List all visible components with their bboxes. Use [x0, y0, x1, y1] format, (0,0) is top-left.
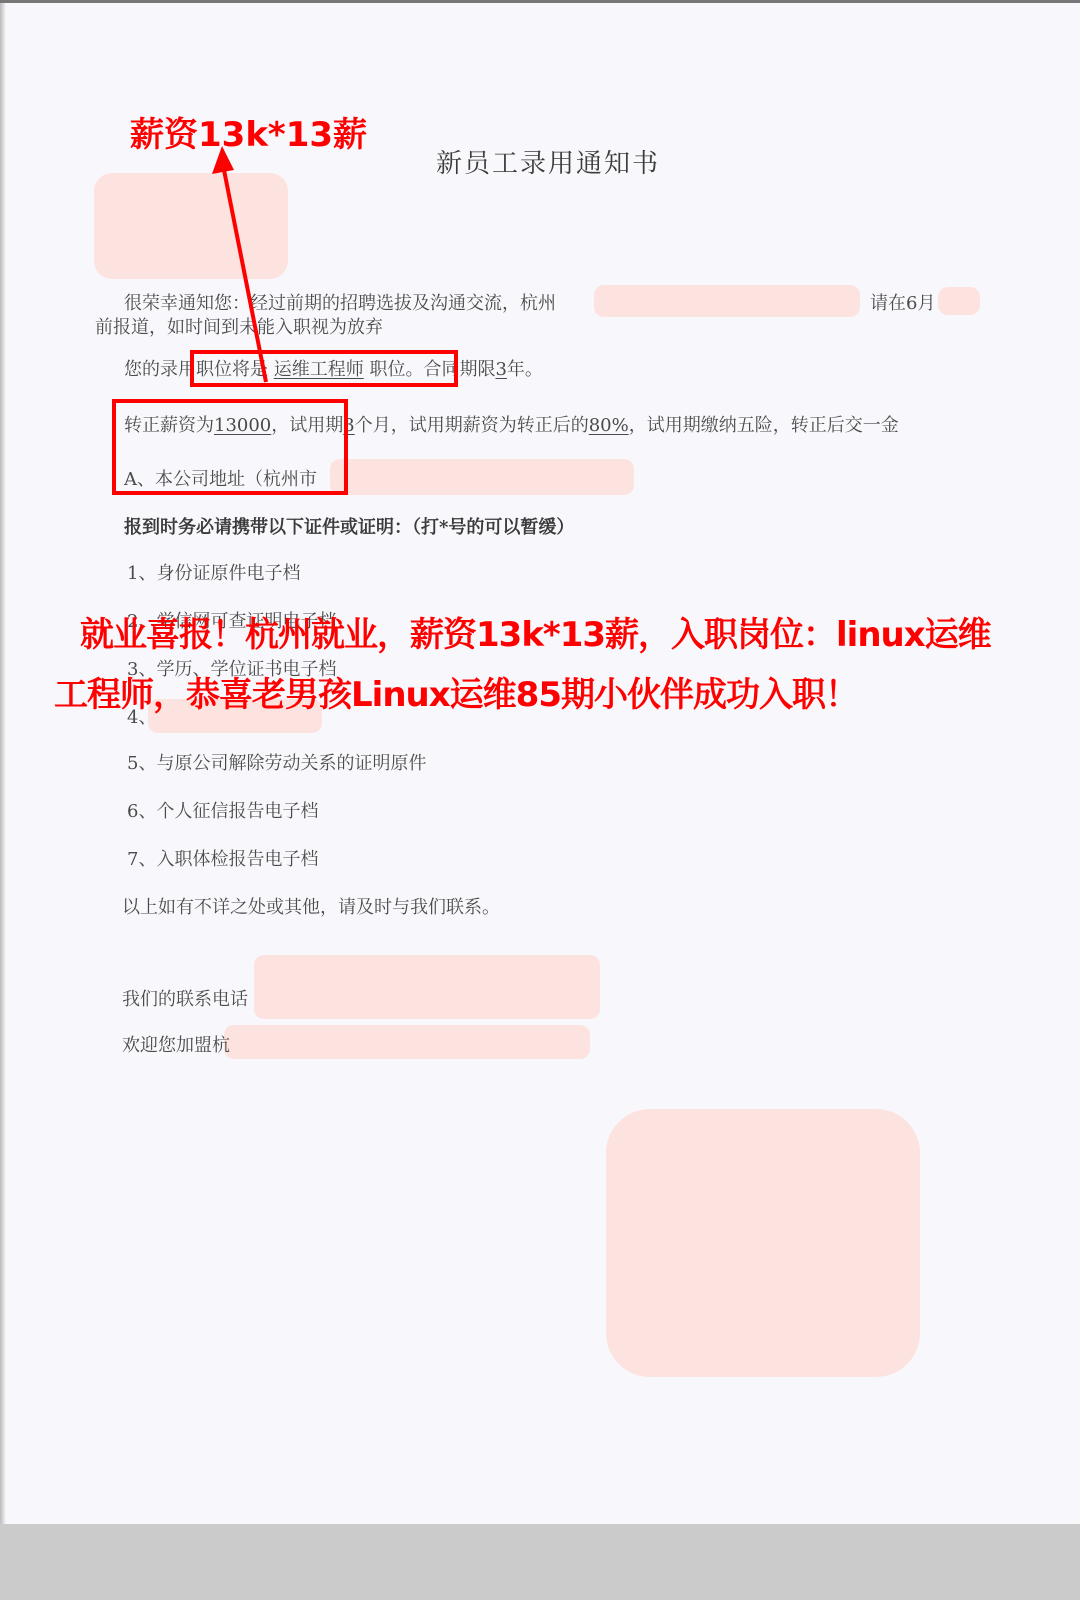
required-item-6: 6、个人征信报告电子档 [127, 797, 318, 823]
background-margin [0, 1524, 1080, 1600]
greeting-line-1: 很荣幸通知您：经过前期的招聘选拔及沟通交流，杭州 [124, 289, 556, 315]
redacted-company-seal [606, 1109, 920, 1377]
redacted-address [330, 459, 634, 495]
headline-line-1: 就业喜报！杭州就业，薪资13k*13薪，入职岗位：linux运维 [80, 607, 991, 656]
probation-mid: 个月，试用期薪资为转正后的 [355, 415, 589, 436]
greeting-line-2: 前报道，如时间到未能入职视为放弃 [95, 313, 383, 339]
report-date-label: 请在6月 [870, 289, 935, 315]
highlight-box-salary-address [112, 399, 348, 495]
headline-line-2: 工程师，恭喜老男孩Linux运维85期小伙伴成功入职！ [54, 667, 858, 716]
required-item-7: 7、入职体检报告电子档 [127, 845, 318, 871]
redacted-date [938, 287, 980, 315]
highlight-box-position [190, 350, 458, 387]
contact-phone-label: 我们的联系电话 [122, 985, 248, 1011]
probation-suffix: ，试用期缴纳五险，转正后交一金 [629, 415, 899, 436]
document-title: 新员工录用通知书 [436, 143, 660, 180]
redacted-company-name [594, 285, 860, 317]
required-item-1: 1、身份证原件电子档 [127, 559, 300, 585]
offer-letter-page: 新员工录用通知书 很荣幸通知您：经过前期的招聘选拔及沟通交流，杭州 请在6月 前… [0, 0, 1080, 1527]
welcome-label: 欢迎您加盟杭 [122, 1031, 230, 1057]
documents-heading: 报到时务必请携带以下证件或证明：（打*号的可以暂缓） [124, 513, 574, 539]
required-item-5: 5、与原公司解除劳动关系的证明原件 [127, 749, 426, 775]
contract-unit: 年。 [507, 359, 543, 380]
redacted-logo [94, 173, 288, 279]
salary-callout: 薪资13k*13薪 [130, 107, 367, 156]
greeting-text: 很荣幸通知您：经过前期的招聘选拔及沟通交流，杭州 [124, 293, 556, 314]
redacted-phone [254, 955, 600, 1019]
redacted-company-welcome [224, 1025, 590, 1059]
probation-ratio: 80% [589, 415, 629, 436]
closing-note: 以上如有不详之处或其他，请及时与我们联系。 [122, 893, 500, 919]
contract-years: 3 [495, 359, 506, 380]
